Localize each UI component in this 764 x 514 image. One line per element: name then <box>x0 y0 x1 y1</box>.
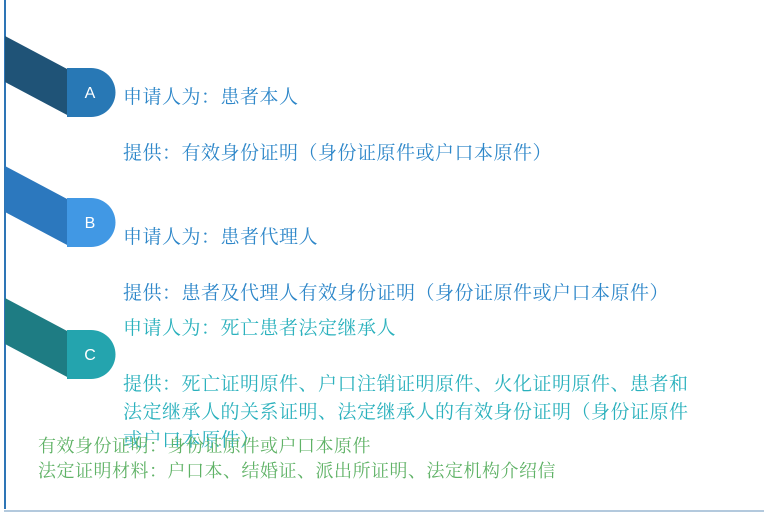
section-a-text: 申请人为：患者本人 提供：有效身份证明（身份证原件或户口本原件） <box>123 56 552 196</box>
footnote-legal-materials: 法定证明材料：户口本、结婚证、派出所证明、法定机构介绍信 <box>38 459 556 484</box>
ribbon-a-letter: A <box>85 85 96 102</box>
ribbon-c-band <box>5 298 69 378</box>
infographic-canvas: A 申请人为：患者本人 提供：有效身份证明（身份证原件或户口本原件） B 申请人… <box>0 0 764 514</box>
section-c-applicant-line: 申请人为：死亡患者法定继承人 <box>123 315 689 343</box>
footnotes: 有效身份证明：身份证原件或户口本原件 法定证明材料：户口本、结婚证、派出所证明、… <box>38 434 556 484</box>
ribbon-b-letter: B <box>85 215 96 232</box>
ribbon-b: B <box>5 164 117 254</box>
ribbon-c: C <box>5 296 117 386</box>
section-a-provide-line: 提供：有效身份证明（身份证原件或户口本原件） <box>123 140 552 168</box>
footnote-valid-id: 有效身份证明：身份证原件或户口本原件 <box>38 434 556 459</box>
ribbon-a: A <box>5 34 117 124</box>
section-a-applicant-line: 申请人为：患者本人 <box>123 84 552 112</box>
bottom-border-line <box>4 510 764 512</box>
ribbon-b-band <box>5 166 69 246</box>
ribbon-a-band <box>5 36 69 116</box>
section-b-applicant-line: 申请人为：患者代理人 <box>123 224 669 252</box>
ribbon-c-letter: C <box>84 347 96 364</box>
